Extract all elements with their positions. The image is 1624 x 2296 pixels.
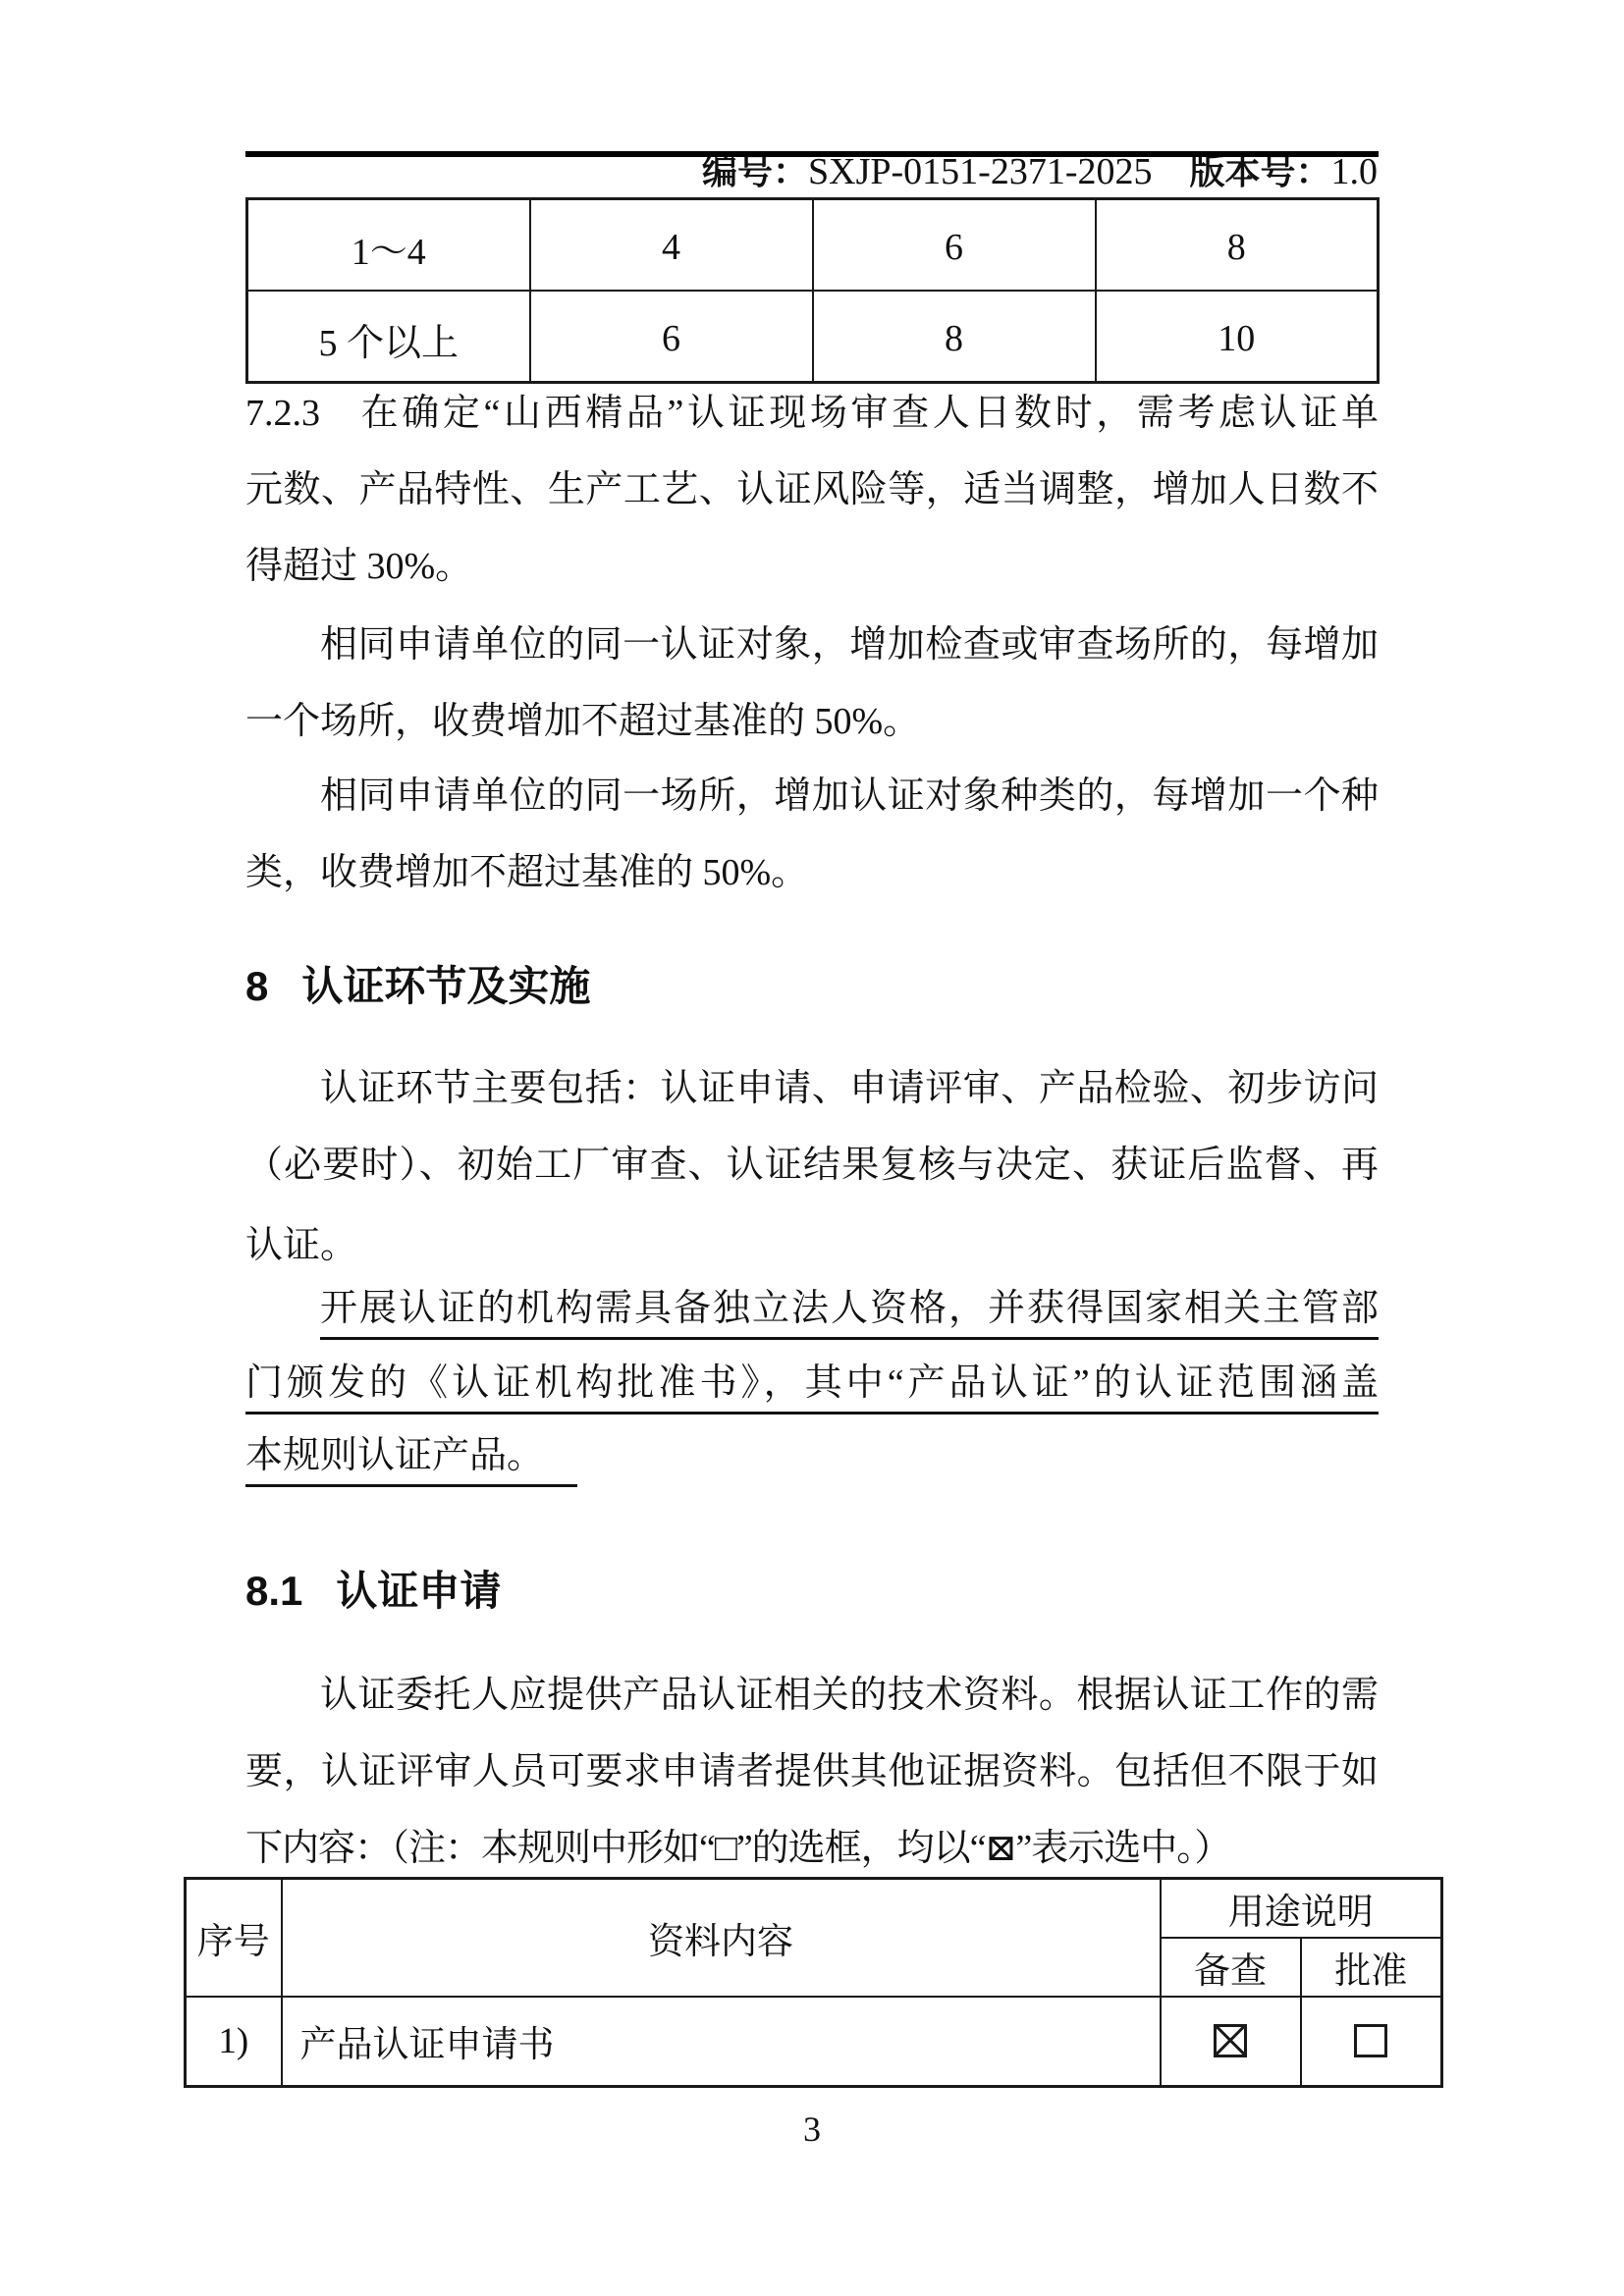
body-line-underlined: 门颁发的《认证机构批准书》，其中“产品认证”的认证范围涵盖 [245, 1359, 1379, 1408]
doc-number-value: SXJP-0151-2371-2025 [808, 151, 1152, 192]
body-line: 7.2.3在确定“山西精品”认证现场审查人日数时，需考虑认证单 [245, 389, 1379, 438]
table-cell: 8 [1096, 199, 1379, 292]
check-cell [1161, 1997, 1301, 2087]
header-rule [245, 151, 1379, 157]
column-header-purpose: 用途说明 [1161, 1879, 1442, 1938]
column-header-approve: 批准 [1301, 1938, 1442, 1997]
page-number: 3 [0, 2109, 1624, 2150]
materials-table: 序号 资料内容 用途说明 备查 批准 1) 产品认证申请书 [184, 1877, 1443, 2088]
table-cell: 8 [813, 291, 1096, 383]
clause-number: 7.2.3 [245, 393, 320, 434]
audit-days-table: 1～4 4 6 8 5 个以上 6 8 10 [245, 197, 1380, 384]
body-line: 得超过 30%。 [245, 542, 1379, 591]
body-line: 类，收费增加不超过基准的 50%。 [245, 848, 1379, 897]
table-cell: 10 [1096, 291, 1379, 383]
table-row: 1) 产品认证申请书 [186, 1997, 1442, 2087]
checked-checkbox-icon[interactable] [1214, 2024, 1247, 2057]
body-line: 下内容：（注：本规则中形如“□”的选框，均以“⊠”表示选中。） [245, 1824, 1379, 1873]
body-line: 认证委托人应提供产品认证相关的技术资料。根据认证工作的需 [245, 1671, 1379, 1720]
doc-number-label: 编号： [702, 151, 808, 191]
row-seq: 1) [186, 1997, 282, 2087]
table-row: 5 个以上 6 8 10 [247, 291, 1379, 383]
column-header-seq: 序号 [186, 1879, 282, 1997]
underlined-text: 门颁发的《认证机构批准书》，其中“产品认证”的认证范围涵盖 [245, 1362, 1379, 1415]
body-line: （必要时）、初始工厂审查、认证结果复核与决定、获证后监督、再 [245, 1141, 1379, 1190]
table-cell: 1～4 [247, 199, 530, 292]
heading-number: 8 [245, 963, 268, 1009]
table-cell: 5 个以上 [247, 291, 530, 383]
body-line: 元数、产品特性、生产工艺、认证风险等，适当调整，增加人日数不 [245, 465, 1379, 514]
approve-cell [1301, 1997, 1442, 2087]
column-header-content: 资料内容 [282, 1879, 1161, 1997]
underlined-text: 开展认证的机构需具备独立法人资格，并获得国家相关主管部 [320, 1288, 1379, 1340]
document-page: 编号：SXJP-0151-2371-2025版本号：1.0 1～4 4 6 8 … [0, 0, 1624, 2296]
body-line: 相同申请单位的同一认证对象，增加检查或审查场所的，每增加 [245, 620, 1379, 669]
unchecked-checkbox-icon[interactable] [1354, 2024, 1387, 2057]
section-heading-8-1: 8.1认证申请 [245, 1559, 501, 1618]
table-cell: 6 [813, 199, 1096, 292]
body-line-underlined: 本规则认证产品。 [245, 1431, 1379, 1480]
column-header-check: 备查 [1161, 1938, 1301, 1997]
heading-title: 认证申请 [336, 1568, 501, 1614]
section-heading-8: 8认证环节及实施 [245, 954, 590, 1013]
version-value: 1.0 [1331, 151, 1379, 192]
body-line: 一个场所，收费增加不超过基准的 50%。 [245, 697, 1379, 746]
version-label: 版本号： [1189, 151, 1330, 191]
table-cell: 4 [530, 199, 813, 292]
row-content: 产品认证申请书 [282, 1997, 1161, 2087]
table-header-row: 序号 资料内容 用途说明 [186, 1879, 1442, 1938]
body-text: 在确定“山西精品”认证现场审查人日数时，需考虑认证单 [357, 393, 1379, 434]
body-line-underlined: 开展认证的机构需具备独立法人资格，并获得国家相关主管部 [245, 1284, 1379, 1333]
body-line: 认证环节主要包括：认证申请、申请评审、产品检验、初步访问 [245, 1064, 1379, 1113]
table-cell: 6 [530, 291, 813, 383]
heading-title: 认证环节及实施 [301, 963, 590, 1009]
underlined-text: 本规则认证产品。 [245, 1435, 577, 1487]
body-line: 认证。 [245, 1221, 1379, 1270]
heading-number: 8.1 [245, 1568, 302, 1614]
table-row: 1～4 4 6 8 [247, 199, 1379, 292]
body-line: 相同申请单位的同一场所，增加认证对象种类的，每增加一个种 [245, 772, 1379, 821]
body-line: 要，认证评审人员可要求申请者提供其他证据资料。包括但不限于如 [245, 1747, 1379, 1796]
